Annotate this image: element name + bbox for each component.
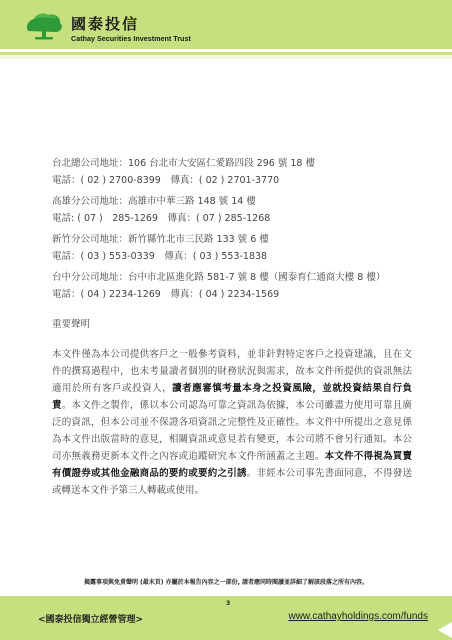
- office-address: 台北總公司地址：106 台北市大安區仁愛路四段 296 號 18 樓: [52, 155, 412, 172]
- office-taipei: 台北總公司地址：106 台北市大安區仁愛路四段 296 號 18 樓 電話：( …: [52, 155, 412, 189]
- logo-english-name: Cathay Securities Investment Trust: [71, 34, 191, 43]
- office-phone: 電話：( 04 ) 2234-1269 傳真：( 04 ) 2234-1569: [52, 286, 412, 303]
- office-phone: 電話：( 03 ) 553-0339 傳真：( 03 ) 553-1838: [52, 248, 412, 265]
- header-fade: [0, 55, 452, 59]
- office-hsinchu: 新竹分公司地址：新竹縣竹北市三民路 133 號 6 樓 電話：( 03 ) 55…: [52, 231, 412, 265]
- office-address: 高雄分公司地址：高雄市中華三路 148 號 14 樓: [52, 193, 412, 210]
- logo-chinese-name: 國泰投信: [71, 13, 139, 34]
- office-taichung: 台中分公司地址：台中市北區進化路 581-7 號 8 樓（國泰育仁通商大樓 8 …: [52, 269, 412, 303]
- notice-title: 重要聲明: [52, 316, 90, 330]
- disclosure-footnote: 揭露事項與免責聲明 (最末頁) 亦屬於本報告內容之一部份, 請者應同時閱讀並詳細…: [0, 577, 452, 586]
- office-address: 新竹分公司地址：新竹縣竹北市三民路 133 號 6 樓: [52, 231, 412, 248]
- page-number: 3: [226, 600, 230, 607]
- tree-logo-icon: [24, 12, 64, 42]
- header-band: [0, 0, 452, 49]
- office-phone: 電話: ( 07 ) 285-1269 傳真：( 07 ) 285-1268: [52, 210, 412, 227]
- office-address: 台中分公司地址：台中市北區進化路 581-7 號 8 樓（國泰育仁通商大樓 8 …: [52, 269, 412, 286]
- website-link[interactable]: www.cathayholdings.com/funds: [288, 611, 428, 622]
- office-kaohsiung: 高雄分公司地址：高雄市中華三路 148 號 14 樓 電話: ( 07 ) 28…: [52, 193, 412, 227]
- footer-tagline: <國泰投信獨立經營管理>: [38, 612, 143, 625]
- office-list: 台北總公司地址：106 台北市大安區仁愛路四段 296 號 18 樓 電話：( …: [52, 155, 412, 307]
- footer-notch: [438, 622, 452, 638]
- office-phone: 電話：( 02 ) 2700-8399 傳真：( 02 ) 2701-3770: [52, 172, 412, 189]
- notice-body: 本文件僅為本公司提供客戶之一般參考資料，並非針對特定客戶之投資建議，且在文件的撰…: [52, 346, 412, 499]
